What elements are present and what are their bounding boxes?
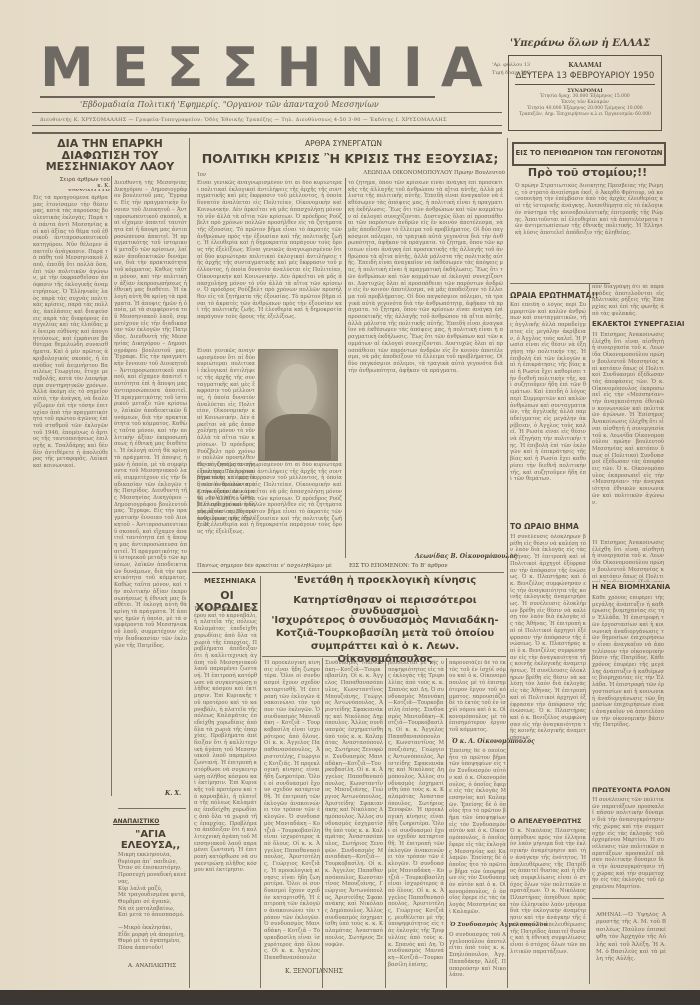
election-col4: παρουσιάζει δὲ τὸ ἐκτὸς τοῦ ἐν ἰσχύϊ νόμ… [449, 660, 506, 735]
portrait-body [265, 414, 331, 460]
right-b-headline-2: Η ΝΕΑ ΒΙΟΜΗΧΑΝΙΑ [592, 583, 670, 591]
motto: 'Υπεράνω ὅλων ἡ ΕΛΛΑΣ [510, 38, 650, 49]
right-b-body-0: πὸν διαγράψῃ ὅτι αἱ παραφυάδες ἀποτελοῦν… [592, 284, 664, 319]
left-headline: ΔΙΑ ΤΗΝ ΕΠΑΡΚΗ ΔΙΑΦΩΤΙΣΗ ΤΟΥ ΜΕΣΣΗΝΙΑΚΟΥ… [30, 138, 190, 173]
portrait-face [277, 364, 317, 416]
right-b-body-2: Κάθε χρόνος ἐπιφέρει τῆς μεγάλης ἀνάπτυξ… [592, 595, 664, 780]
masthead-rule [40, 96, 435, 98]
subscription-line: Τραπεζῶν, Δημ. Ἐπιχειρήσεων κ.λ.π. Ὀργαν… [509, 112, 661, 118]
left-col1-body: Εἰς τὰ προηγούμενα ἄρθρα μας ἐτονίσαμεν … [33, 195, 108, 985]
election-subhead-2-body: Ὁ συνδυασμὸς τοῦ Ἀγγελοπούλου ἀποτελεῖτα… [449, 932, 506, 982]
newspaper-page: ΜΕΣΣΗΝΙΑ 'Εβδομαδιαία Πολιτική 'Εφημερίς… [0, 0, 700, 1005]
center-kicker: ΑΡΘΡΑ ΣΥΝΕΡΓΑΤΩΝ [305, 139, 382, 148]
right-b-headline-3: ΠΡΩΤΕΥΟΝΤΑ ΡΟΛΟΝ [592, 786, 670, 794]
poem-author: Α. ΑΝΑΠΛΙΩΤΗΣ [128, 963, 176, 969]
date-box: ΚΑΛΑΜΑΙ ΔΕΥΤΕΡΑ 13 ΦΕΒΡΟΥΑΡΙΟΥ 1950 ΣΥΝΔ… [508, 55, 662, 131]
right-a-body-1: Καὶ ἐπειδὴ ὁ λόγος περὶ Συμμοριτῶν καὶ κ… [510, 302, 586, 520]
poem-title: "ΑΓΙΑ ΕΛΕΟΥΣΑ,, [113, 830, 188, 851]
portrait-photo [258, 349, 338, 461]
left-col2-body: Διευθυντὴ τῆς Μεσσηνίας Δικηγόρου – Δημο… [114, 180, 187, 790]
messiniaka-kicker: ΜΕΣΣΗΝΙΑΚΑ [204, 577, 256, 585]
newspaper-title: ΜΕΣΣΗΝΙΑ [40, 40, 440, 96]
left-signature: Κ. Χ. [165, 790, 181, 797]
scan-bottom-edge [0, 990, 700, 1005]
column-divider [345, 178, 346, 558]
column-divider [322, 658, 323, 988]
right-a-body-2: Ἡ συνέλευσις ὁλοκλήρων βρέθη εἰς θέσιν ν… [510, 534, 586, 814]
right-a-headline-3: Ο ΑΠΕΛΕΥΘΕΡΩΤΗΣ [510, 817, 581, 825]
newspaper-subtitle: 'Εβδομαδιαία Πολιτική 'Εφημερίς. "Οργανο… [80, 100, 379, 109]
right-box-body: Ὁ πρώην Στρατιωτικὸς Διοικητὴς Πρεσβείας… [515, 183, 663, 278]
section-rule [192, 572, 504, 573]
column-divider [446, 658, 447, 988]
right-a-headline-1: ΩΡΑΙΑ ΕΡΩΤΗΜΑΤΑ!! [510, 291, 598, 300]
right-headline: Πρὸ τοῦ στομίου;!! [510, 167, 665, 179]
left-byline: Σειρὰ ἄρθρων τοῦ κ. Κ. ΧΡΥΣΟΜΑΛΛΗ [55, 177, 110, 191]
center-signature: Λεωνίδας Β. Οἰκονομόπουλος [415, 553, 517, 560]
right-a-body-3: Ὁ κ. Νικόλαος Πλαστήρας ἀπηύθυνε πρὸς τὸ… [510, 828, 586, 983]
issue-date: ΔΕΥΤΕΡΑ 13 ΦΕΒΡΟΥΑΡΙΟΥ 1950 [515, 71, 655, 85]
messiniaka-body: Ἐπὶ Κυριακῆς τοῦ προτέρου καὶ τὸ καρναβά… [194, 606, 257, 976]
right-b-continuation: Ἡ Ἐπίσημος Ἀνακοίνωσις ἐλέχθη ὅτι εἶναι … [592, 540, 664, 582]
center-closing: Πάντως σήμερον δὲν ἀρκεῖται ν' ἀσχοληθῶμ… [197, 563, 345, 571]
masthead-rule-2 [32, 112, 502, 113]
masthead-rule-3 [32, 125, 502, 126]
city: ΚΑΛΑΜΑΙ [509, 62, 661, 69]
election-col3: ρευθέλεται μὲ τῆς ὑποψηφιότητος εἰς τὰς … [388, 660, 444, 980]
column-divider [111, 176, 112, 796]
poem-kicker: ΑΝΑΠΑΙΣΤΙΚΟ [113, 818, 159, 825]
right-b-headline-1: ΕΚΛΕΚΤΟΙ ΣΥΝΕΡΓΑΣΙΑΙ [592, 320, 685, 328]
page-top-rule [32, 132, 502, 134]
center-col2-body: τὸ ζήτημα, ὅπου τῶν κρίσεων εἶναι ἀνάγκη… [348, 180, 503, 525]
column-divider [589, 284, 590, 984]
poem-rule [118, 808, 186, 809]
center-byline: ΛΕΩΝΙΔΑ ΟΙΚΟΝΟΜΟΠΟΥΛΟΥ Πρώην Βουλευτοῦ [340, 170, 505, 178]
section-rule [592, 898, 664, 899]
election-subhead-1-body: Ἐπείσης δὲ ὁ ὁποῖος ἦτο τὸ πρῶτον βῆμα τ… [449, 748, 506, 918]
continued-notice: ΕΙΣ ΤΟ ΕΠΟΜΕΝΟΝ: Τὸ Β' ἄρθρον [349, 563, 504, 571]
center-col1-bottom: Εἶναι γενικῶς ἀναγνωρισμένον ὅτι αἱ δύο … [197, 462, 342, 547]
center-intro: Ἰον [197, 172, 227, 180]
column-divider [507, 138, 508, 988]
section-box-header: ΕΙΣ ΤΟ ΠΕΡΙΘΩΡΙΟΝ ΤΩΝ ΓΕΓΟΝΟΤΩΝ [512, 142, 666, 166]
column-divider [260, 576, 261, 988]
right-b-body-3: Ἡ συνέλευσις τῶν πολιτικῶν παρατάξεων πρ… [592, 797, 664, 897]
center-headline: ΠΟΛΙΤΙΚΗ ΚΡΙΣΙΣ Ἢ ΚΡΙΣΙΣ ΤΗΣ ΕΞΟΥΣΙΑΣ; [195, 152, 505, 165]
election-col1: Ἡ προεκλογικὴ κίνησις εἶναι ἤδη ζωηροτέρ… [264, 660, 320, 960]
column-divider [189, 138, 190, 988]
election-rule [262, 656, 506, 657]
right-b-body-1: Ἡ Ἐπίσημος Ἀνακοίνωσις ἐλέχθη ὅτι εἶναι … [592, 332, 664, 532]
right-b-body-4: ΑΘΗΝΑΙ.—Ὁ Ὑψηλὸς Ἀρμοστὴς τῆς Α. Μ. τοῦ … [596, 912, 666, 972]
center-col1-body: Εἶναι γενικῶς ἀναγνωρισμένον ὅτι αἱ δύο … [197, 180, 342, 346]
election-headline-1: 'Ενετάθη ἡ προεκλογικὴ κίνησις [262, 576, 508, 587]
column-divider [385, 658, 386, 988]
right-a-headline-2: ΤΟ ΩΡΑΙΟ ΒΗΜΑ [510, 522, 579, 531]
election-col2: Συνδυασμὸς Μανιαδάκη—Κοτζιᾶ—Τουρκοβασίλη… [325, 660, 383, 980]
